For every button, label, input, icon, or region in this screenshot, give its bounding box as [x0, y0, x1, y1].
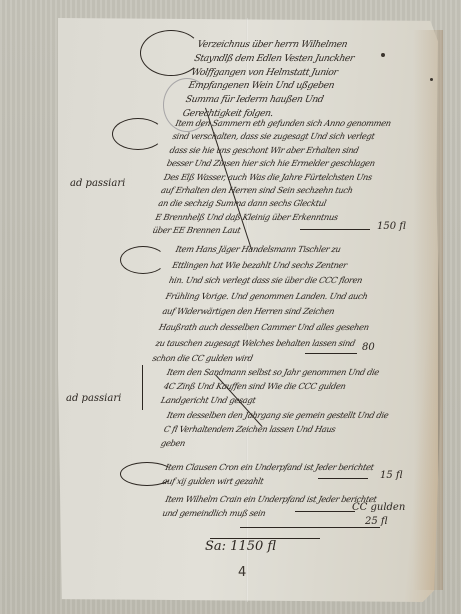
text-line: Item den Sammern eth gefunden sich Anno …	[174, 117, 392, 130]
entry-flourish	[112, 118, 164, 150]
heading-line: Stayndlß dem Edlen Vesten Junckher	[193, 52, 355, 66]
amount-rule	[318, 478, 368, 479]
text-line: Landgericht Und gesagt	[160, 393, 375, 407]
heading-line: Wolffgangen von Helmstatt Junior	[190, 66, 352, 80]
entry-5-text: Item Clausen Cron ein Underpfand ist Jed…	[161, 460, 375, 488]
text-line: zu tauschen zugesagt Welches behalten la…	[154, 336, 367, 352]
entry-3-text: Item den Sandmann selbst so Jahr genomme…	[160, 365, 381, 407]
amount: 150 fl	[377, 221, 406, 232]
text-line: besser Und Zinsen hier sich hie Ermelder…	[165, 157, 383, 170]
ink-spot	[381, 53, 385, 57]
page-number: 4	[238, 565, 246, 580]
amount-rule	[295, 511, 355, 512]
heading-line: Empfangenen Wein Und ußgeben	[187, 79, 349, 93]
text-line: Item Wilhelm Crain ein Underpfand ist Je…	[164, 492, 378, 506]
amount: 80	[362, 342, 375, 353]
text-line: 4C Zinß Und Kauffen sind Wie die CCC gul…	[163, 379, 378, 393]
text-line: Item Hans Jäger Handelsmann Tischler zu	[174, 242, 387, 258]
text-line: an die sechzig Summa dann sechs Glecktul	[157, 197, 375, 210]
subtotal-amount: 25 fl	[365, 516, 388, 527]
amount: 15 fl	[380, 470, 403, 481]
margin-note: ad passiari	[70, 178, 125, 189]
heading-line: Verzeichnus über herrn Wilhelmen	[196, 38, 358, 52]
text-line: Ettlingen hat Wie bezahlt Und sechs Zent…	[171, 258, 384, 274]
bracket-mark	[142, 365, 143, 410]
margin-note: ad passiari	[66, 393, 121, 404]
subtotal-rule	[240, 527, 380, 528]
text-line: auf xij gulden wirt gezahlt	[161, 474, 372, 488]
text-line: hin. Und sich verlegt dass sie über die …	[167, 273, 380, 289]
entry-flourish	[120, 246, 166, 274]
text-line: auf Erhalten den Herren sind Sein sechze…	[160, 184, 378, 197]
heading-block: Verzeichnus über herrn Wilhelmen Stayndl…	[181, 38, 358, 121]
entry-1-text: Item den Sammern eth gefunden sich Anno …	[151, 117, 392, 238]
entry-4-text: Item desselben den Jahrgang sie gemein g…	[160, 408, 390, 450]
total-amount: Sa: 1150 fl	[205, 539, 276, 554]
amount: CC gulden	[352, 502, 405, 513]
text-line: auf Widerwärtigen den Herren sind Zeiche…	[161, 304, 374, 320]
text-line: Item desselben den Jahrgang sie gemein g…	[165, 408, 389, 422]
text-line: Frühling Vorige. Und genommen Landen. Un…	[164, 289, 377, 305]
text-line: E Brennhelß Und daß Kleinig über Erkennt…	[154, 211, 372, 224]
amount-rule	[305, 353, 357, 354]
text-line: Haußrath auch desselben Cammer Und alles…	[157, 320, 370, 336]
ink-spot	[430, 78, 433, 81]
text-line: Item den Sandmann selbst so Jahr genomme…	[165, 365, 380, 379]
entry-6-text: Item Wilhelm Crain ein Underpfand ist Je…	[161, 492, 378, 520]
text-line: über EE Brennen Laut	[151, 224, 369, 237]
text-line: und gemeindlich muß sein	[161, 506, 375, 520]
amount-rule	[300, 229, 370, 230]
heading-line: Summa für Iederm haußen Und	[184, 93, 346, 107]
text-line: Item Clausen Cron ein Underpfand ist Jed…	[164, 460, 375, 474]
text-line: sind verschalten, dass sie zugesagt Und …	[171, 130, 389, 143]
text-line: dass sie hie uns geschont Wir aber Erhal…	[168, 144, 386, 157]
text-line: Des Elß Wasser, auch Was die Jahre Fürte…	[163, 171, 381, 184]
entry-2-text: Item Hans Jäger Handelsmann Tischler zu …	[151, 242, 387, 367]
text-line: C fl Verhaltendem Zeichen lassen Und Hau…	[163, 422, 387, 436]
text-line: geben	[160, 436, 384, 450]
